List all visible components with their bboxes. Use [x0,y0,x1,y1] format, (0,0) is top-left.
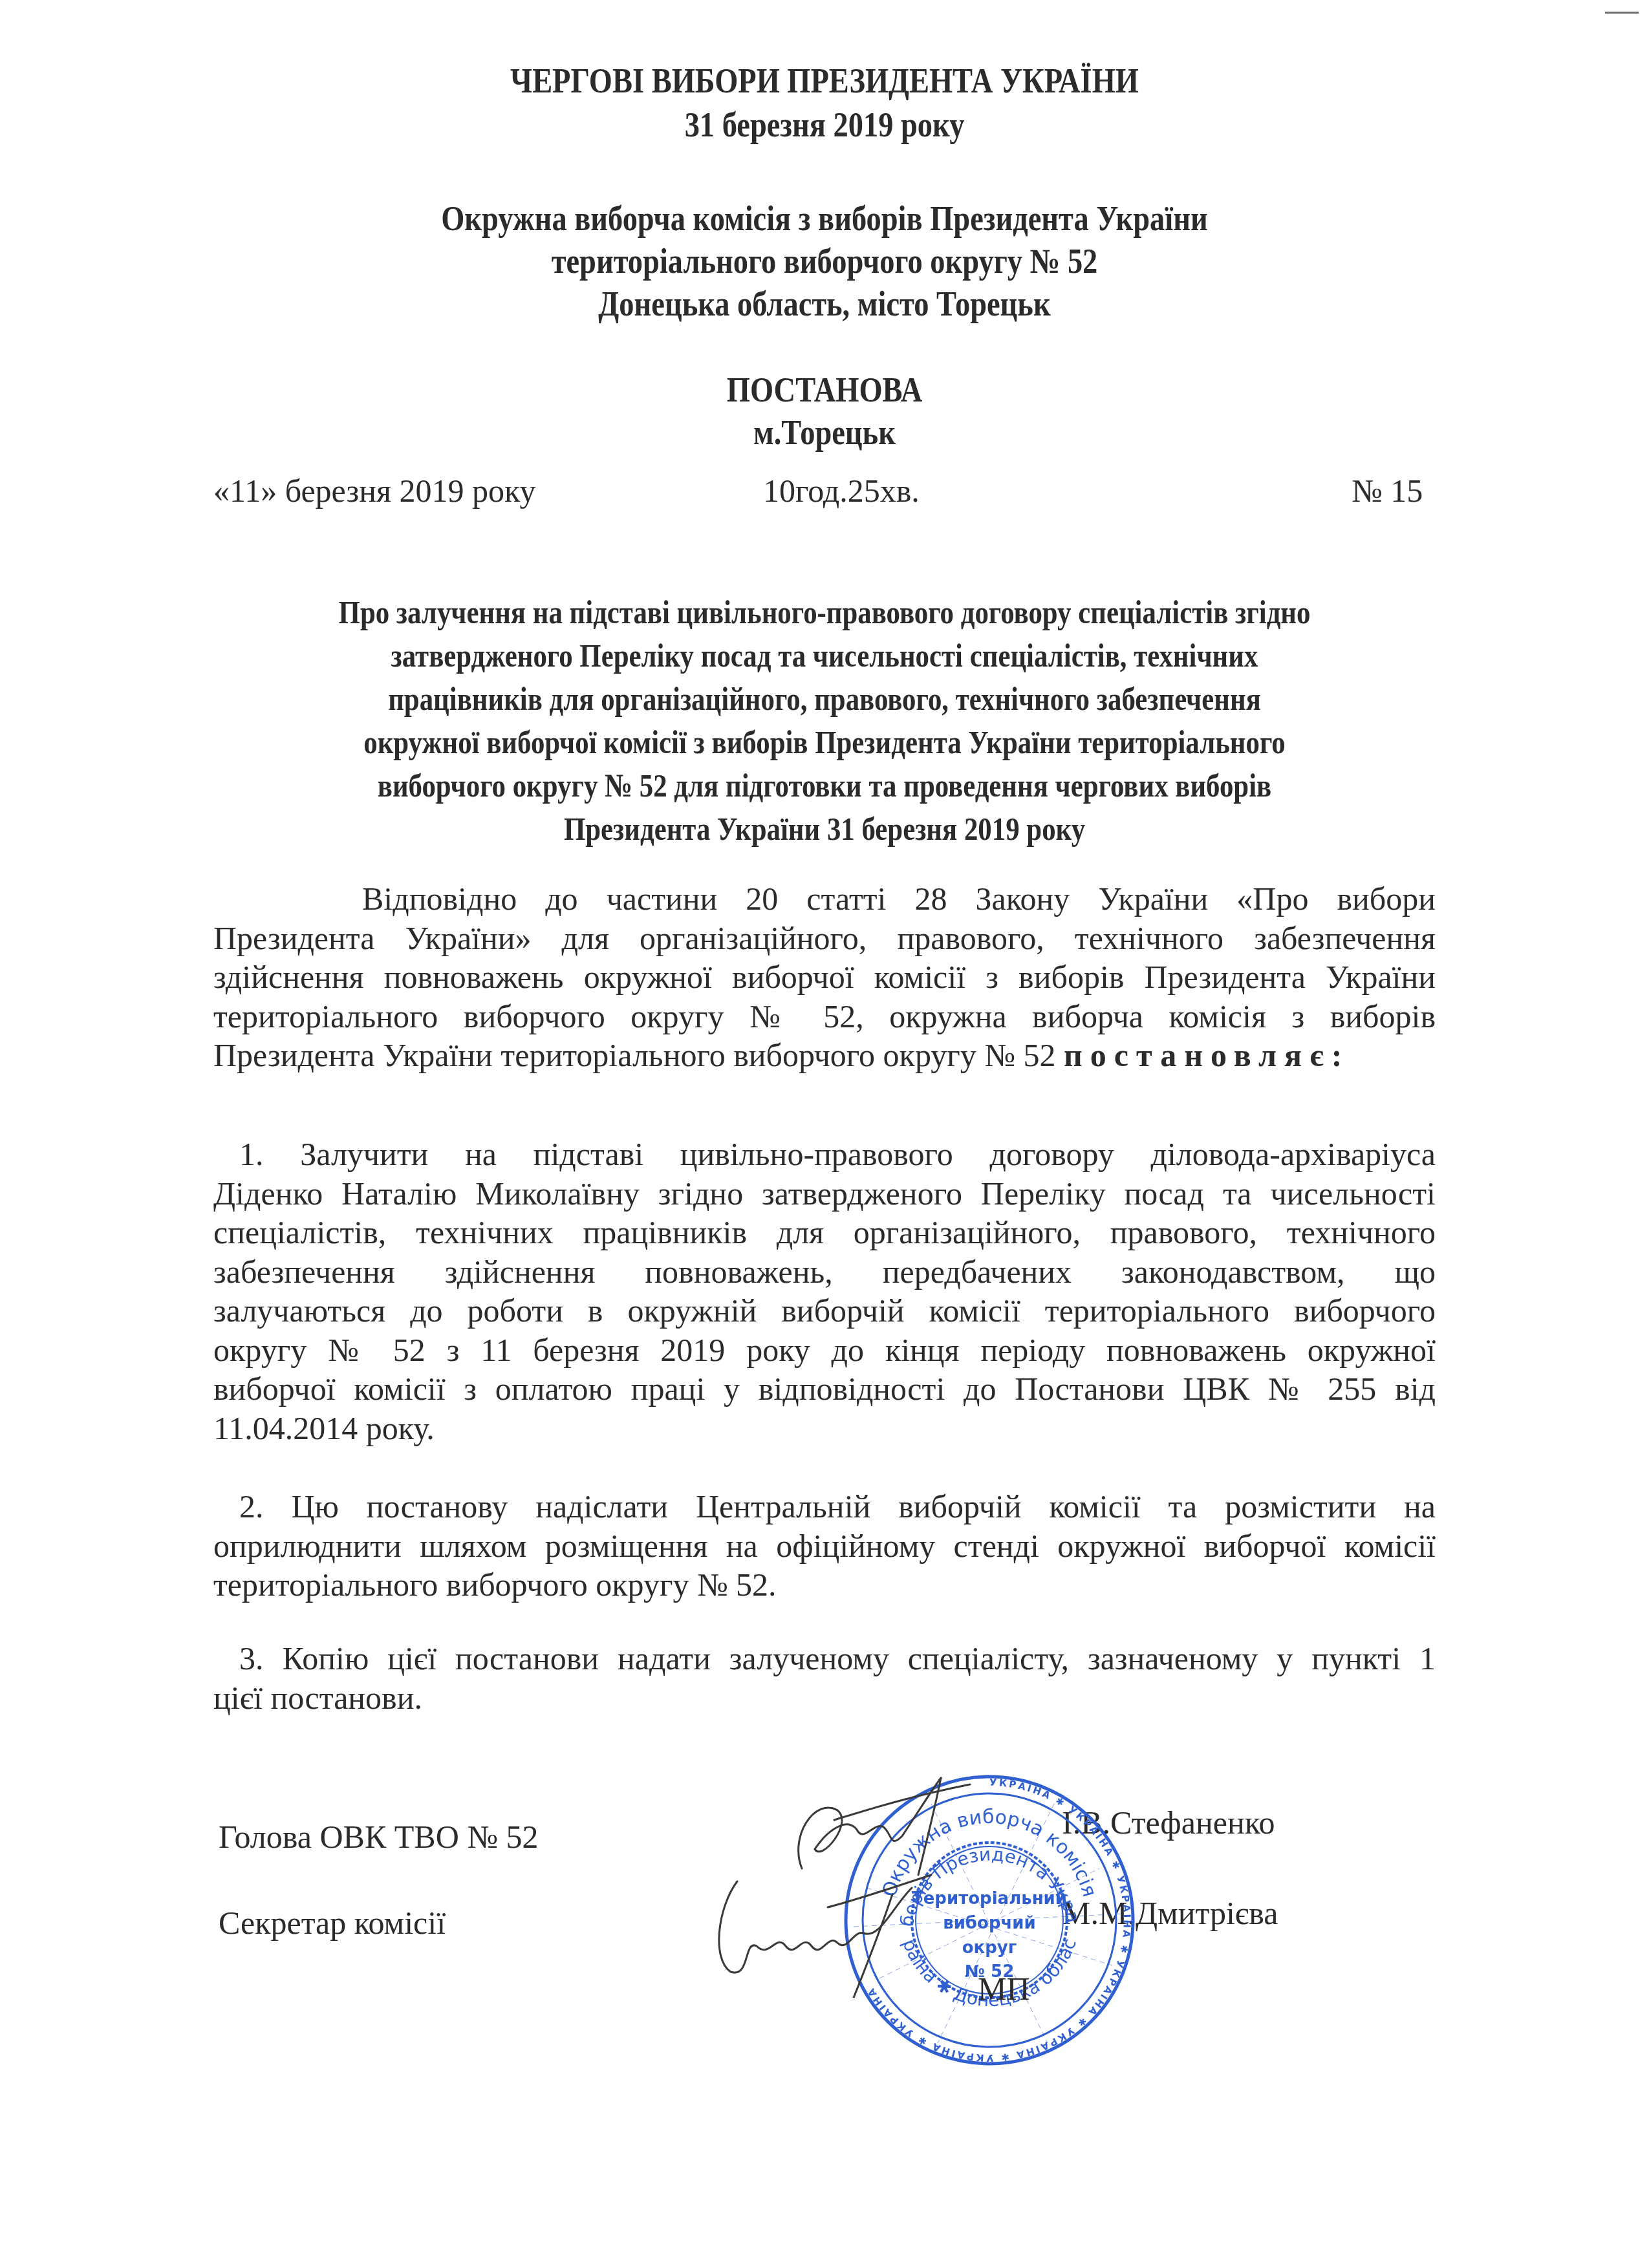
resolves-word: постановляє: [1064,1037,1350,1073]
title-line: окружної виборчої комісії з виборів През… [295,722,1354,765]
preamble-line: здійснення повноважень окружної виборчої… [213,957,1436,997]
title-line: виборчого округу № 52 для підготовки та … [295,765,1354,808]
scan-mark [1605,12,1639,14]
item-line: територіального виборчого округу № 52. [213,1565,1436,1605]
election-date-line: 31 березня 2019 року [116,103,1534,146]
doc-date: «11» березня 2019 року [213,472,536,509]
item-line: цієї постанови. [213,1678,1436,1718]
item-line: 11.04.2014 року. [213,1409,1436,1448]
commission-line-1: Окружна виборча комісія з виборів Презид… [116,197,1534,240]
chair-signature-icon [776,1771,983,1881]
commission-line-3: Донецька область, місто Торецьк [116,283,1534,325]
item-3-paragraph: 3. Копію цієї постанови надати залученом… [213,1639,1436,1717]
election-date: 31 березня 2019 року [0,103,1649,146]
seal-place-label: МП [978,1970,1030,2007]
doc-place-label: м.Торецьк [116,411,1534,454]
title-line: Президента України 31 березня 2019 року [295,808,1354,851]
chair-role: Голова ОВК ТВО № 52 [219,1818,538,1856]
item-line: 3. Копію цієї постанови надати залученом… [213,1639,1436,1678]
commission-location: Донецька область, місто Торецьк [0,283,1649,325]
meta-row: «11» березня 2019 року 10год.25хв. № 15 [213,472,1429,517]
item-line: 2. Цю постанову надіслати Центральній ви… [213,1487,1436,1526]
title-line: працівників для організаційного, правово… [295,678,1354,722]
election-title-line: ЧЕРГОВІ ВИБОРИ ПРЕЗИДЕНТА УКРАЇНИ [116,59,1534,102]
resolution-title: Про залучення на підставі цивільного-пра… [194,592,1455,851]
item-line: спеціалістів, технічних працівників для … [213,1213,1436,1252]
item-line: 1. Залучити на підставі цивільно-правово… [213,1135,1436,1174]
item-line: оприлюднити шляхом розміщення на офіційн… [213,1526,1436,1566]
svg-text:округ: округ [962,1938,1017,1958]
doc-type-label: ПОСТАНОВА [116,369,1534,411]
item-line: забезпечення здійснення повноважень, пер… [213,1252,1436,1292]
preamble-line: Відповідно до частини 20 статті 28 Закон… [213,879,1436,919]
item-line: округу № 52 з 11 березня 2019 року до кі… [213,1331,1436,1370]
doc-time: 10год.25хв. [763,472,920,509]
election-title: ЧЕРГОВІ ВИБОРИ ПРЕЗИДЕНТА УКРАЇНИ [0,59,1649,102]
preamble-line: Президента України» для організаційного,… [213,919,1436,958]
item-1-paragraph: 1. Залучити на підставі цивільно-правово… [213,1135,1436,1448]
preamble-line-text: Президента України територіального вибор… [213,1037,1055,1073]
secretary-role: Секретар комісії [219,1904,446,1942]
commission-line-2: територіального виборчого округу № 52 [116,240,1534,283]
preamble-line: Президента України територіального вибор… [213,1036,1436,1075]
title-line: Про залучення на підставі цивільного-пра… [295,592,1354,635]
doc-type: ПОСТАНОВА [0,369,1649,411]
commission-name: Окружна виборча комісія з виборів Презид… [0,197,1649,240]
title-line: затвердженого Переліку посад та чисельно… [295,635,1354,678]
commission-district: територіального виборчого округу № 52 [0,240,1649,283]
item-line: Діденко Наталію Миколаївну згідно затвер… [213,1174,1436,1214]
item-line: виборчої комісії з оплатою праці у відпо… [213,1369,1436,1409]
document-page: ЧЕРГОВІ ВИБОРИ ПРЕЗИДЕНТА УКРАЇНИ 31 бер… [0,0,1649,2268]
doc-number: № 15 [1352,472,1423,509]
preamble-line: територіального виборчого округу № 52, о… [213,997,1436,1036]
doc-place: м.Торецьк [0,411,1649,454]
preamble-paragraph: Відповідно до частини 20 статті 28 Закон… [213,879,1436,1075]
item-line: залучаються до роботи в окружній виборчі… [213,1291,1436,1331]
secretary-signature-icon [698,1868,970,1998]
item-2-paragraph: 2. Цю постанову надіслати Центральній ви… [213,1487,1436,1605]
